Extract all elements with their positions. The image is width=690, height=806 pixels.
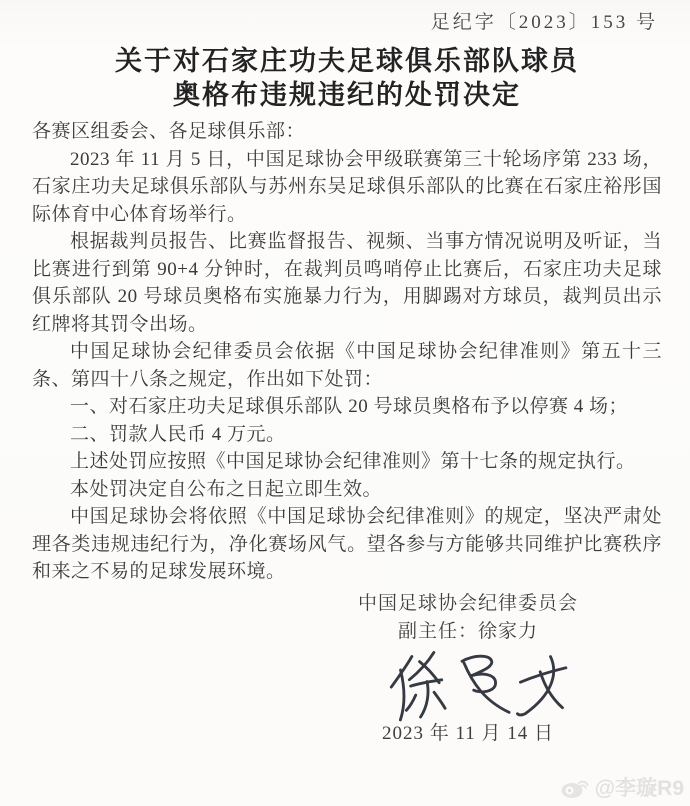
paragraph-penalty-fine: 二、罚款人民币 4 万元。 — [32, 421, 662, 449]
document-title: 关于对石家庄功夫足球俱乐部队球员 奥格布违规违纪的处罚决定 — [32, 44, 662, 112]
official-document-page: 足纪字〔2023〕153 号 关于对石家庄功夫足球俱乐部队球员 奥格布违规违纪的… — [0, 0, 690, 806]
paragraph-execution: 上述处罚应按照《中国足球协会纪律准则》第十七条的规定执行。 — [32, 448, 662, 476]
closing-block: 中国足球协会纪律委员会 副主任：徐家力 2023 年 11 月 1 — [332, 590, 604, 748]
paragraph-penalty-suspension: 一、对石家庄功夫足球俱乐部队 20 号球员奥格布予以停赛 4 场； — [32, 393, 662, 421]
paragraph-match-info: 2023 年 11 月 5 日，中国足球协会甲级联赛第三十轮场序第 233 场，… — [32, 146, 662, 229]
paragraph-statement: 中国足球协会将依照《中国足球协会纪律准则》的规定，坚决严肃处理各类违规违纪行为，… — [32, 503, 662, 586]
issuing-organization: 中国足球协会纪律委员会 — [332, 590, 604, 618]
paragraph-incident: 根据裁判员报告、比赛监督报告、视频、当事方情况说明及听证，当比赛进行到第 90+… — [32, 228, 662, 338]
document-body: 各赛区组委会、各足球俱乐部： 2023 年 11 月 5 日，中国足球协会甲级联… — [32, 118, 662, 586]
paragraph-ruling-basis: 中国足球协会纪律委员会依据《中国足球协会纪律准则》第五十三条、第四十八条之规定，… — [32, 338, 662, 393]
document-date: 2023 年 11 月 14 日 — [332, 720, 604, 748]
document-title-line2: 奥格布违规违纪的处罚决定 — [32, 78, 662, 112]
document-number: 足纪字〔2023〕153 号 — [32, 10, 662, 36]
signature-icon — [376, 642, 579, 724]
signer-title: 副主任：徐家力 — [332, 618, 604, 646]
watermark: @李璇R9 — [560, 772, 684, 802]
salutation: 各赛区组委会、各足球俱乐部： — [32, 118, 662, 146]
watermark-handle: @李璇R9 — [595, 772, 684, 802]
paragraph-effective-date: 本处罚决定自公布之日起立即生效。 — [32, 476, 662, 504]
handwritten-signature — [332, 648, 604, 720]
document-title-line1: 关于对石家庄功夫足球俱乐部队球员 — [32, 44, 662, 78]
weibo-icon — [560, 775, 590, 799]
